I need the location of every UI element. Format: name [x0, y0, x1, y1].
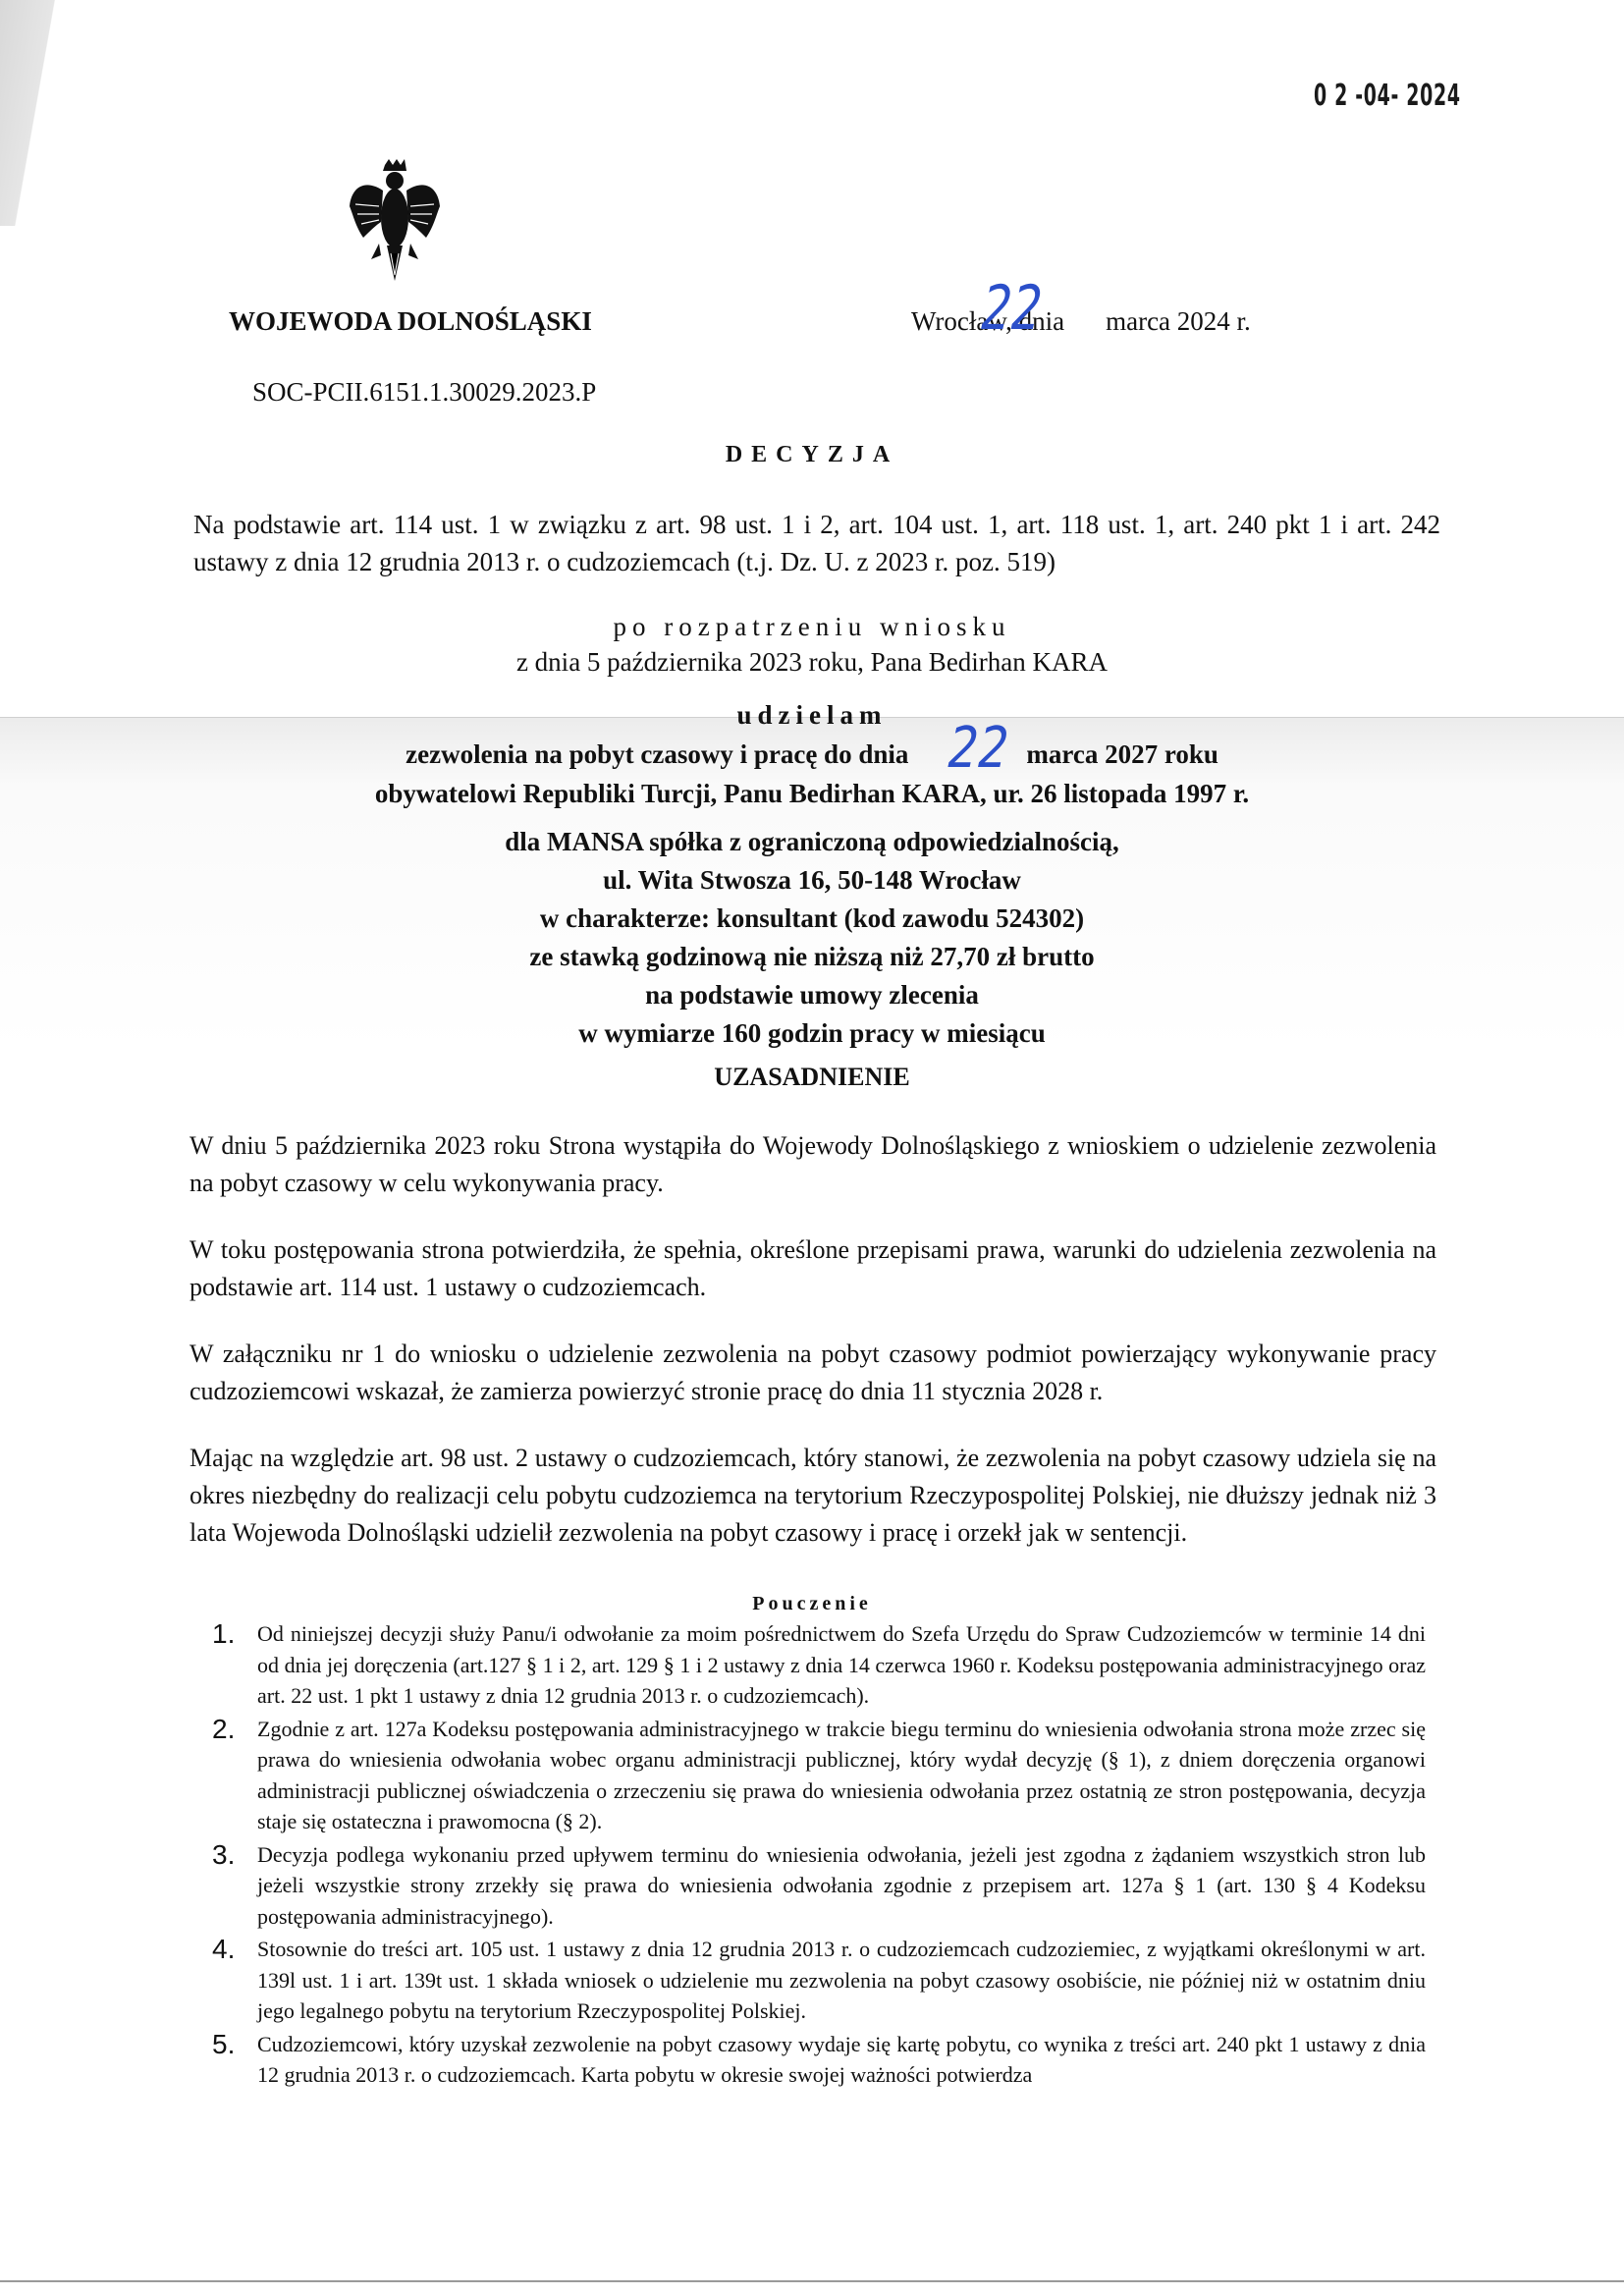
instruction-number: 4. [212, 1934, 235, 1965]
application-line: z dnia 5 października 2023 roku, Pana Be… [0, 644, 1624, 680]
employer-details: dla MANSA spółka z ograniczoną odpowiedz… [0, 823, 1624, 1053]
employer-line: w charakterze: konsultant (kod zawodu 52… [0, 900, 1624, 938]
grant-line-prefix: zezwolenia na pobyt czasowy i pracę do d… [406, 739, 908, 769]
justification-body: W dniu 5 października 2023 roku Strona w… [189, 1127, 1436, 1581]
instruction-text: Od niniejszej decyzji służy Panu/i odwoł… [257, 1621, 1426, 1708]
legal-basis-paragraph: Na podstawie art. 114 ust. 1 w związku z… [193, 506, 1440, 580]
justification-paragraph: W dniu 5 października 2023 roku Strona w… [189, 1127, 1436, 1202]
place-date-suffix: marca 2024 r. [1106, 306, 1251, 336]
justification-paragraph: W załączniku nr 1 do wniosku o udzieleni… [189, 1336, 1436, 1410]
issuer-title: WOJEWODA DOLNOŚLĄSKI [229, 306, 592, 337]
instruction-number: 5. [212, 2029, 235, 2060]
decision-title: DECYZJA [0, 442, 1624, 468]
instructions-title: Pouczenie [0, 1593, 1624, 1615]
place-and-date: Wrocław, dniamarca 2024 r. [911, 306, 1251, 337]
grant-block: udzielam zezwolenia na pobyt czasowy i p… [0, 695, 1624, 813]
instruction-item: 2. Zgodnie z art. 127a Kodeksu postępowa… [257, 1714, 1426, 1837]
justification-title: UZASADNIENIE [0, 1063, 1624, 1092]
after-review-heading: po rozpatrzeniu wniosku [0, 609, 1624, 644]
employer-line: w wymiarze 160 godzin pracy w miesiącu [0, 1014, 1624, 1053]
employer-line: ze stawką godzinową nie niższą niż 27,70… [0, 938, 1624, 976]
instructions-list: 1. Od niniejszej decyzji służy Panu/i od… [257, 1618, 1426, 2093]
grant-verb: udzielam [0, 695, 1624, 735]
instruction-item: 3. Decyzja podlega wykonaniu przed upływ… [257, 1839, 1426, 1933]
instruction-text: Zgodnie z art. 127a Kodeksu postępowania… [257, 1717, 1426, 1834]
justification-paragraph: W toku postępowania strona potwierdziła,… [189, 1231, 1436, 1306]
employer-line: dla MANSA spółka z ograniczoną odpowiedz… [0, 823, 1624, 861]
polish-eagle-emblem-icon [346, 157, 444, 285]
application-reference: po rozpatrzeniu wniosku z dnia 5 paździe… [0, 609, 1624, 680]
instruction-item: 5. Cudzoziemcowi, który uzyskał zezwolen… [257, 2029, 1426, 2091]
scan-edge-line [0, 2280, 1624, 2282]
justification-paragraph: Mając na względzie art. 98 ust. 2 ustawy… [189, 1440, 1436, 1552]
instruction-item: 4. Stosownie do treści art. 105 ust. 1 u… [257, 1934, 1426, 2027]
received-date-stamp: 0 2 -04- 2024 [1314, 79, 1461, 113]
instruction-text: Stosownie do treści art. 105 ust. 1 usta… [257, 1937, 1426, 2023]
instruction-text: Cudzoziemcowi, który uzyskał zezwolenie … [257, 2032, 1426, 2088]
employer-line: ul. Wita Stwosza 16, 50-148 Wrocław [0, 861, 1624, 900]
grant-line-suffix: marca 2027 roku [1026, 739, 1218, 769]
instruction-number: 2. [212, 1714, 235, 1745]
folded-corner-shadow [0, 0, 59, 226]
instruction-number: 1. [212, 1618, 235, 1650]
instruction-text: Decyzja podlega wykonaniu przed upływem … [257, 1842, 1426, 1929]
grant-line: zezwolenia na pobyt czasowy i pracę do d… [0, 735, 1624, 774]
case-number: SOC-PCII.6151.1.30029.2023.P [252, 377, 596, 408]
beneficiary-line: obywatelowi Republiki Turcji, Panu Bedir… [0, 774, 1624, 813]
instruction-item: 1. Od niniejszej decyzji służy Panu/i od… [257, 1618, 1426, 1712]
instruction-number: 3. [212, 1839, 235, 1871]
employer-line: na podstawie umowy zlecenia [0, 976, 1624, 1014]
